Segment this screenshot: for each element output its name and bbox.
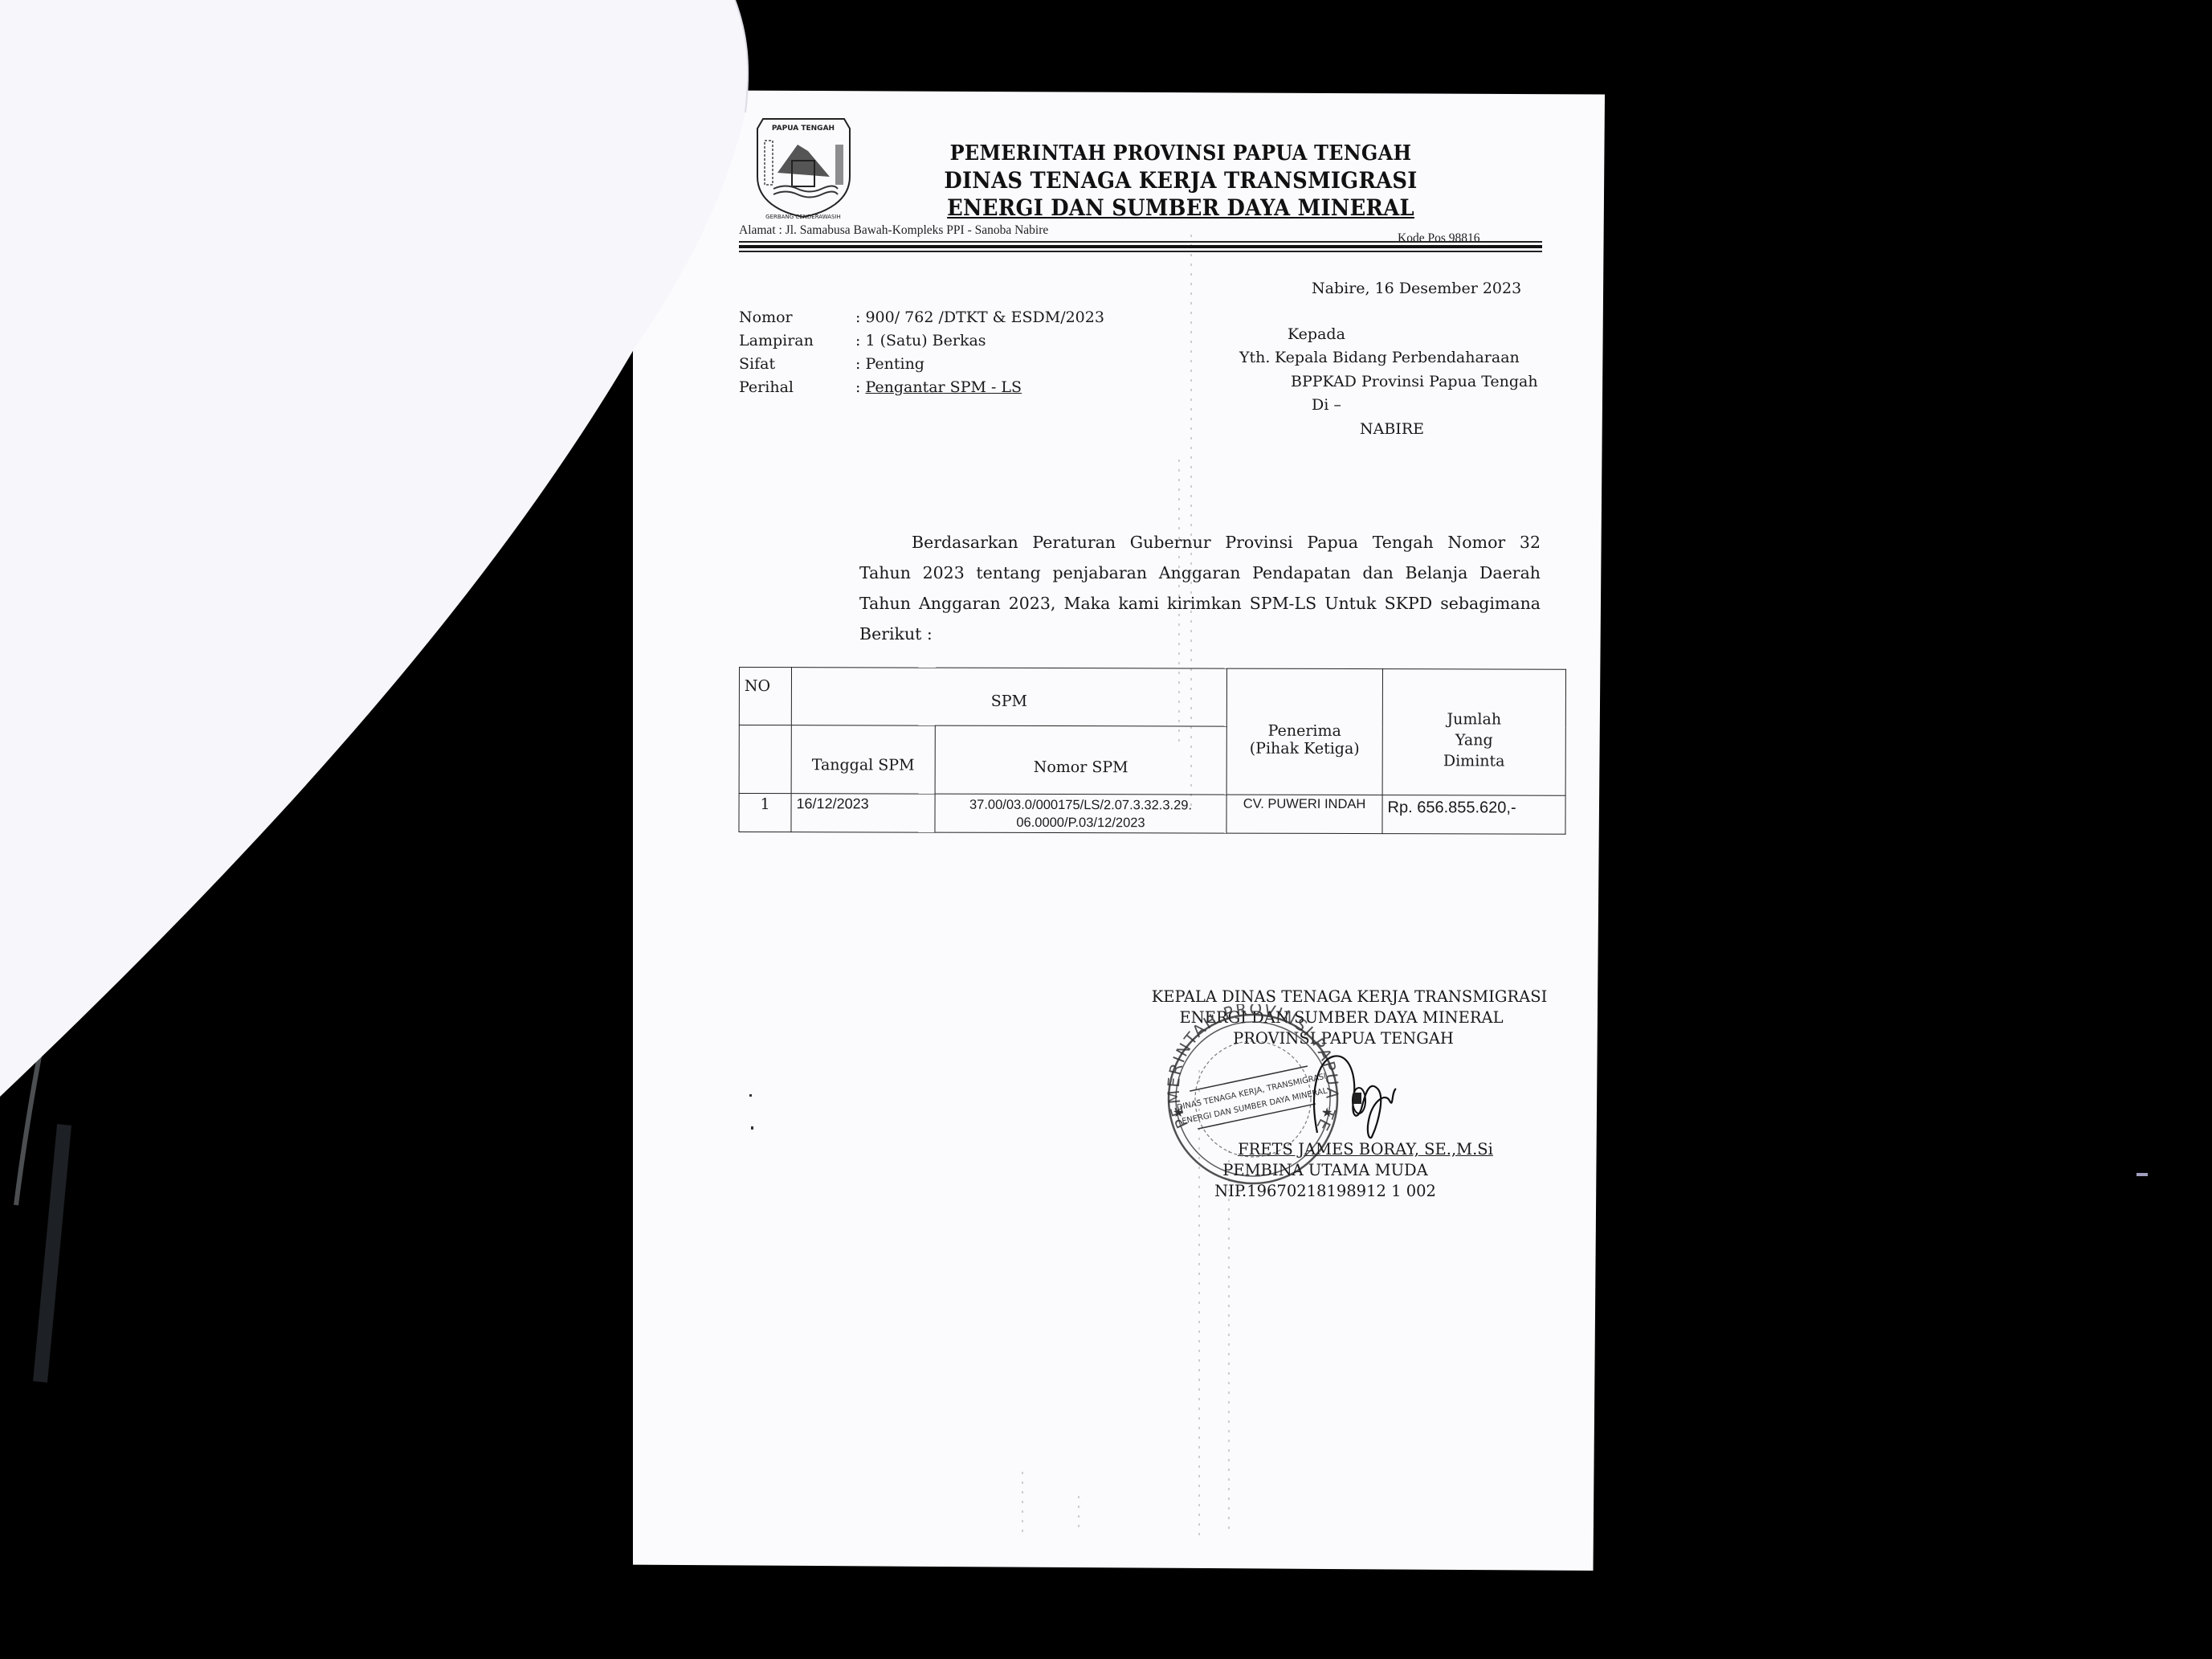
letterhead-address: Alamat : Jl. Samabusa Bawah-Kompleks PPI… xyxy=(739,223,1048,238)
papua-tengah-coat-of-arms-icon: PAPUA TENGAH GERBANG CENDERAWASIH xyxy=(753,112,854,221)
header-penerima: Penerima (Pihak Ketiga) xyxy=(1226,668,1382,795)
meta-label: Sifat xyxy=(739,355,775,373)
recipient-di: Di – xyxy=(1312,396,1341,414)
subject: Pengantar SPM - LS xyxy=(865,378,1022,396)
spm-table: NO SPM Penerima (Pihak Ketiga) Jumlah Ya… xyxy=(738,667,1566,835)
header-jumlah-line: Yang xyxy=(1388,729,1561,751)
meta-label: Nomor xyxy=(739,309,793,326)
letter-date: Nabire, 16 Desember 2023 xyxy=(1312,280,1521,297)
header-spm: SPM xyxy=(791,668,1226,726)
cell-nomor-line: 37.00/03.0/000175/LS/2.07.3.32.3.29. xyxy=(941,796,1222,815)
header-rule-thick xyxy=(739,245,1542,248)
svg-text:PAPUA TENGAH: PAPUA TENGAH xyxy=(772,125,835,133)
header-jumlah: Jumlah Yang Diminta xyxy=(1382,669,1565,796)
signer-rank: PEMBINA UTAMA MUDA xyxy=(1124,1160,1574,1181)
body-line: Berdasarkan Peraturan Gubernur Provinsi … xyxy=(859,527,1541,558)
header-no: NO xyxy=(739,668,791,725)
handwritten-signature-icon xyxy=(1309,1044,1406,1149)
svg-text:★: ★ xyxy=(1173,1105,1184,1120)
recipient-yth: Yth. xyxy=(1239,349,1270,366)
meta-prefix: : xyxy=(855,378,865,396)
cell-tanggal: 16/12/2023 xyxy=(791,794,935,832)
signer-name: FRETS JAMES BORAY, SE.,M.Si xyxy=(1238,1140,1493,1158)
meta-value: : Penting xyxy=(855,355,924,373)
header-rule-bottom xyxy=(739,251,1542,252)
cell-jumlah: Rp. 656.855.620,- xyxy=(1382,795,1565,835)
table-header-row: NO SPM Penerima (Pihak Ketiga) Jumlah Ya… xyxy=(739,668,1565,728)
cell-nomor-line: 06.0000/P.03/12/2023 xyxy=(940,814,1221,832)
cell-penerima: CV. PUWERI INDAH xyxy=(1226,795,1382,834)
letterhead-postal-code: Kode Pos 98816 xyxy=(1398,231,1479,246)
body-paragraph: Berdasarkan Peraturan Gubernur Provinsi … xyxy=(859,527,1541,649)
header-penerima-line: (Pihak Ketiga) xyxy=(1232,740,1377,758)
signer-block: FRETS JAMES BORAY, SE.,M.Si PEMBINA UTAM… xyxy=(1124,1139,1574,1202)
signer-name-wrap: FRETS JAMES BORAY, SE.,M.Si xyxy=(1124,1139,1574,1160)
meta-label: Perihal xyxy=(739,378,794,396)
signer-nip: NIP.19670218198912 1 002 xyxy=(1124,1181,1574,1202)
cell-no: 1 xyxy=(739,794,791,832)
header-tanggal-spm: Tanggal SPM xyxy=(791,725,935,794)
body-line: Berikut : xyxy=(859,619,1541,649)
recipient-line-1: Kepala Bidang Perbendaharaan xyxy=(1275,349,1520,366)
letterhead-line-1: PEMERINTAH PROVINSI PAPUA TENGAH xyxy=(900,141,1461,165)
header-jumlah-line: Diminta xyxy=(1388,750,1561,772)
body-line: Tahun Anggaran 2023, Maka kami kirimkan … xyxy=(859,588,1541,619)
header-jumlah-line: Jumlah xyxy=(1388,709,1561,730)
meta-value: : 1 (Satu) Berkas xyxy=(855,332,986,349)
recipient-city: NABIRE xyxy=(1360,420,1424,438)
letterhead-line-3: ENERGI DAN SUMBER DAYA MINERAL xyxy=(892,194,1469,221)
table-row: 1 16/12/2023 37.00/03.0/000175/LS/2.07.3… xyxy=(739,794,1565,835)
header-no-empty xyxy=(739,725,791,794)
meta-label: Lampiran xyxy=(739,332,814,349)
cell-nomor-spm: 37.00/03.0/000175/LS/2.07.3.32.3.29. 06.… xyxy=(935,794,1226,833)
recipient-line-2: BPPKAD Provinsi Papua Tengah xyxy=(1291,373,1538,390)
body-line: Tahun 2023 tentang penjabaran Anggaran P… xyxy=(859,558,1541,588)
letterhead-line-2: DINAS TENAGA KERJA TRANSMIGRASI xyxy=(892,167,1469,194)
header-rule-top xyxy=(739,241,1542,243)
meta-value: : Pengantar SPM - LS xyxy=(855,378,1022,396)
meta-value: : 900/ 762 /DTKT & ESDM/2023 xyxy=(855,309,1104,326)
header-penerima-line: Penerima xyxy=(1232,722,1377,740)
header-nomor-spm: Nomor SPM xyxy=(935,725,1226,795)
recipient-kepada: Kepada xyxy=(1288,325,1345,343)
svg-text:GERBANG CENDERAWASIH: GERBANG CENDERAWASIH xyxy=(765,214,841,220)
